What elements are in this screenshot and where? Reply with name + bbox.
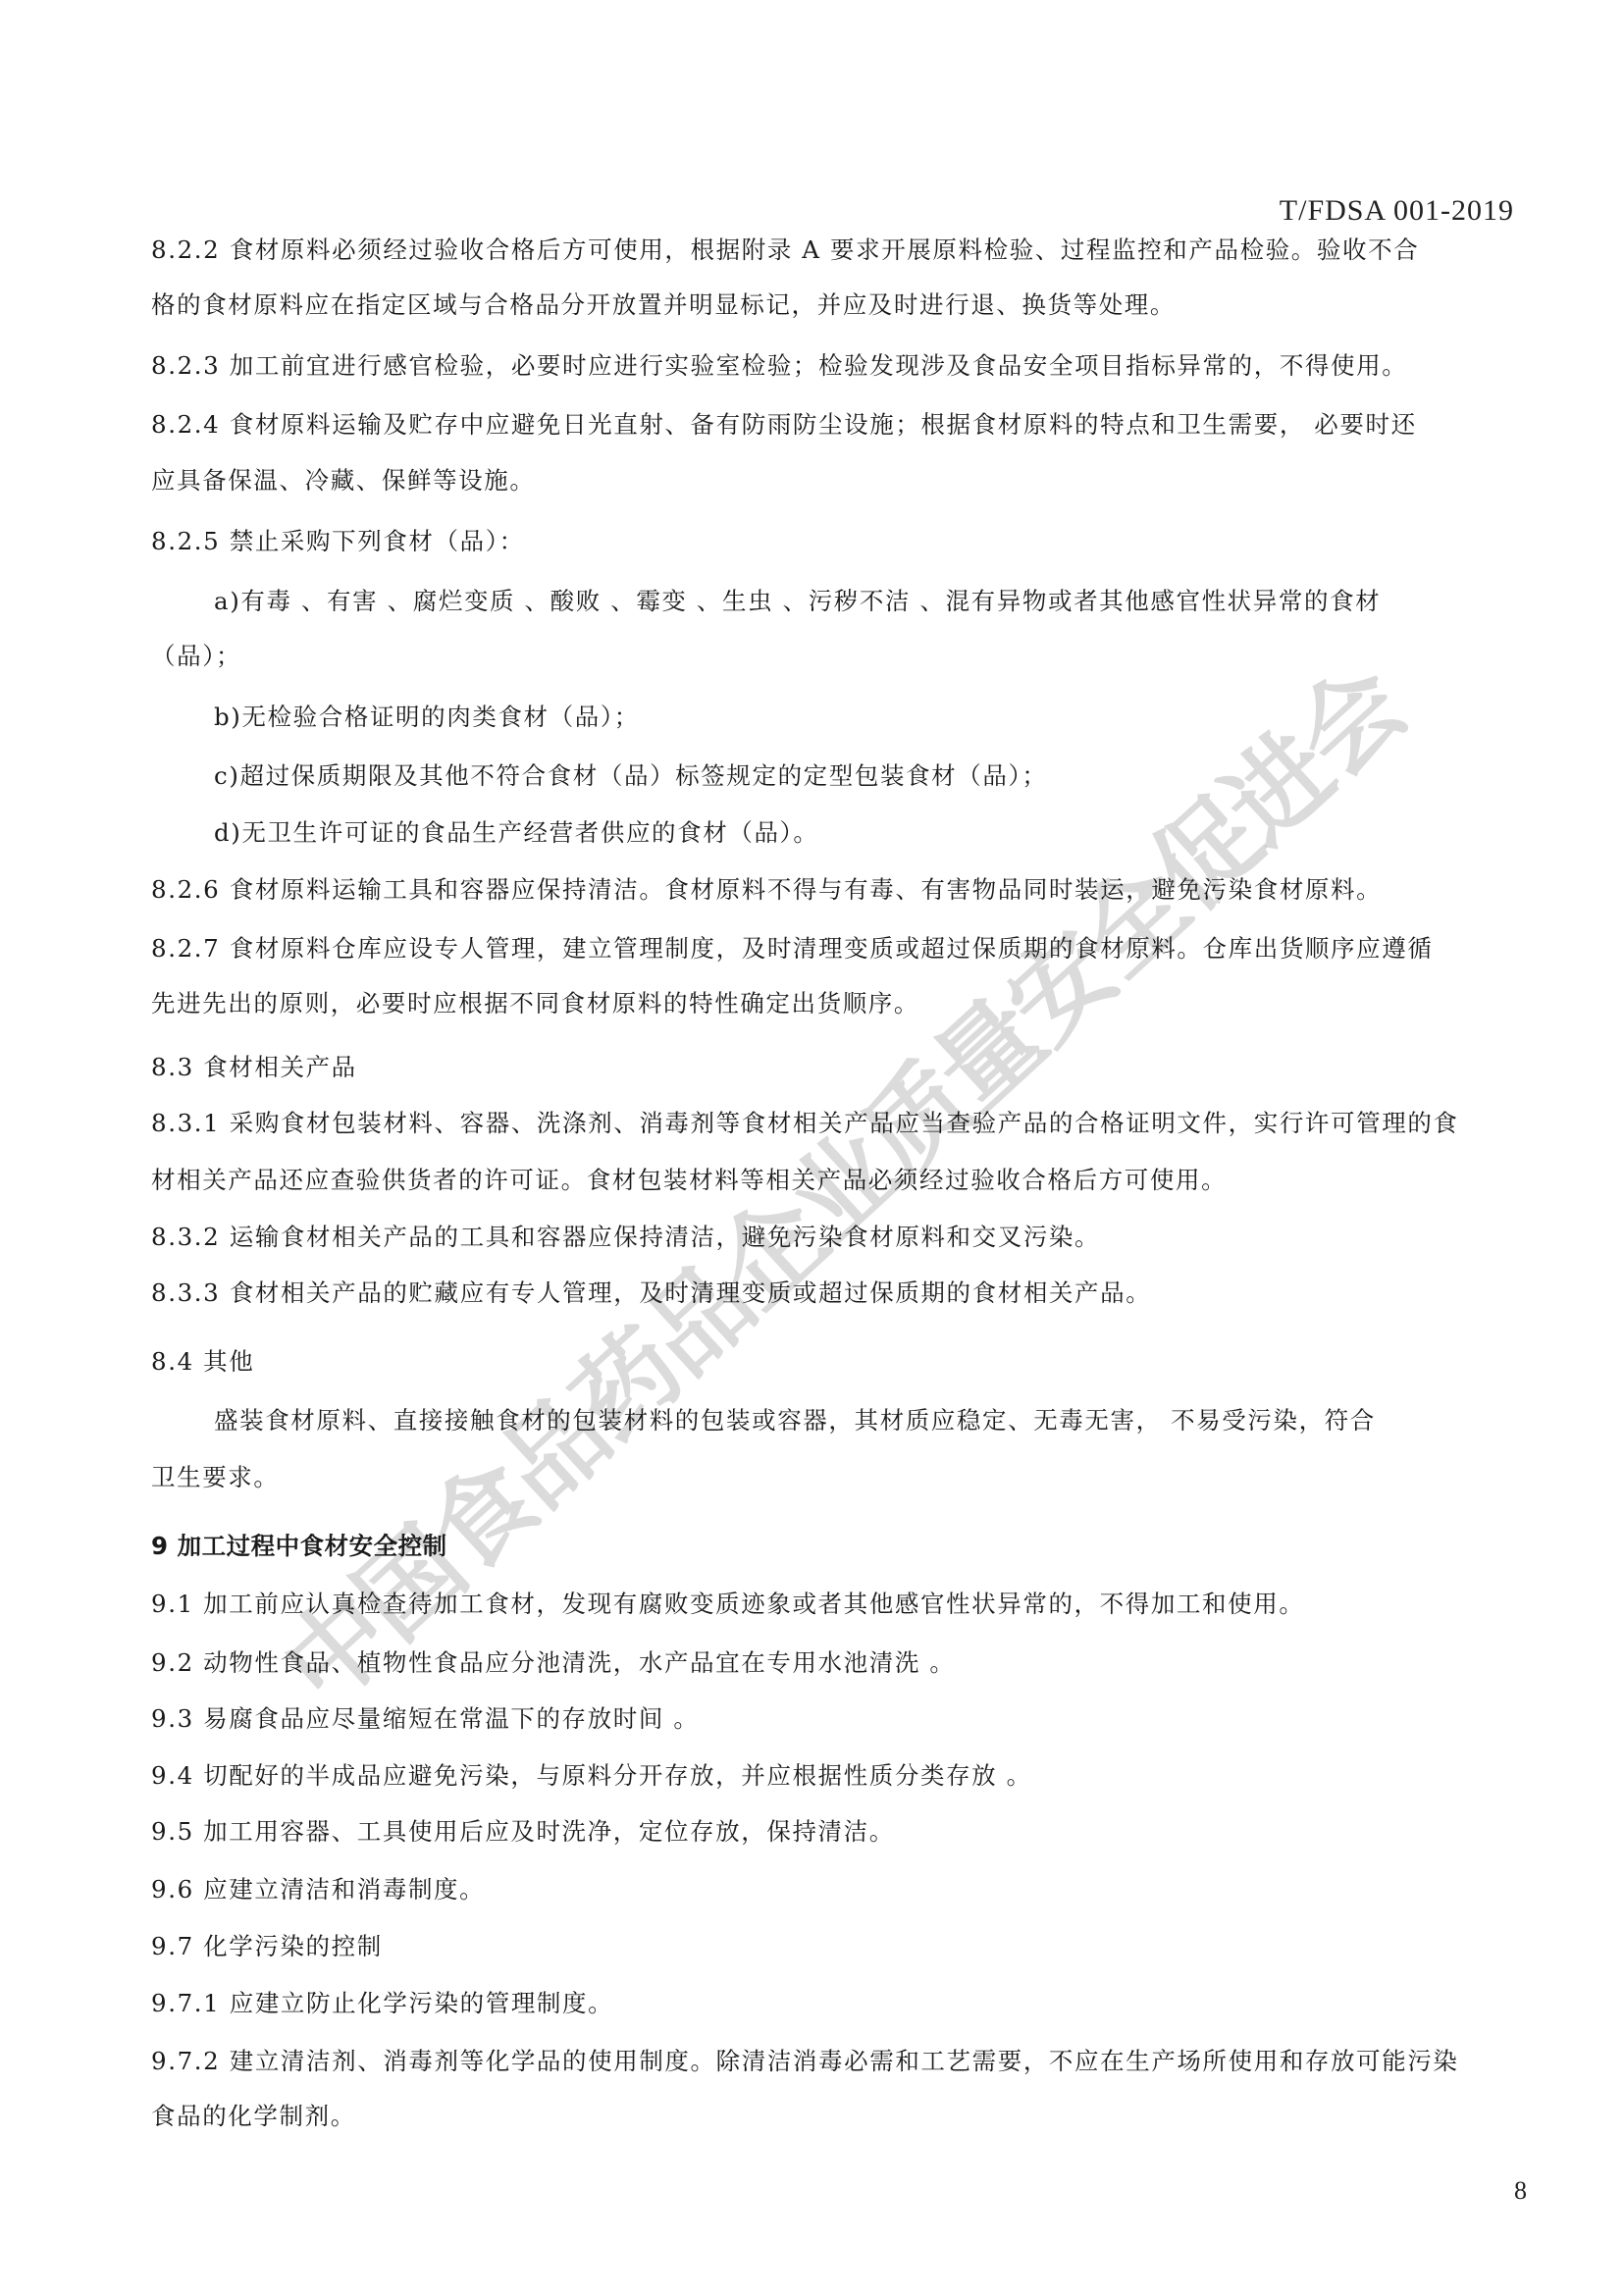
- section-heading-9-7: 9.7 化学污染的控制: [151, 1930, 383, 1963]
- clause-8-3-3: 8.3.3 食材相关产品的贮藏应有专人管理，及时清理变质或超过保质期的食材相关产…: [151, 1277, 1151, 1310]
- clause-8-2-5: 8.2.5 禁止采购下列食材（品）：: [151, 525, 525, 558]
- clause-8-2-2-line-1: 8.2.2 食材原料必须经过验收合格后方可使用，根据附录 A 要求开展原料检验、…: [151, 234, 1419, 267]
- clause-9-5: 9.5 加工用容器、工具使用后应及时洗净，定位存放，保持清洁。: [151, 1815, 895, 1849]
- document-page: 中国食品药品企业质量安全促进会 T/FDSA 001-2019 8.2.2 食材…: [0, 0, 1624, 2295]
- clause-8-3-2: 8.3.2 运输食材相关产品的工具和容器应保持清洁，避免污染食材原料和交叉污染。: [151, 1221, 1100, 1254]
- section-heading-8-4: 8.4 其他: [151, 1345, 254, 1379]
- clause-9-7-2-line-2: 食品的化学制剂。: [151, 2100, 356, 2133]
- clause-9-1: 9.1 加工前应认真检查待加工食材，发现有腐败变质迹象或者其他感官性状异常的，不…: [151, 1588, 1304, 1621]
- clause-8-4-body-line-1: 盛装食材原料、直接接触食材的包装材料的包装或容器，其材质应稳定、无毒无害， 不易…: [214, 1404, 1376, 1437]
- clause-9-6: 9.6 应建立清洁和消毒制度。: [151, 1873, 485, 1906]
- clause-8-4-body-line-2: 卫生要求。: [151, 1461, 280, 1494]
- clause-9-7-2-line-1: 9.7.2 建立清洁剂、消毒剂等化学品的使用制度。除清洁消毒必需和工艺需要，不应…: [151, 2045, 1459, 2078]
- list-item-a-line-2: （品）；: [151, 640, 241, 673]
- clause-9-4: 9.4 切配好的半成品应避免污染，与原料分开存放，并应根据性质分类存放 。: [151, 1759, 1032, 1793]
- clause-8-2-6: 8.2.6 食材原料运输工具和容器应保持清洁。食材原料不得与有毒、有害物品同时装…: [151, 873, 1382, 907]
- chapter-heading-9: 9 加工过程中食材安全控制: [151, 1530, 447, 1563]
- clause-9-7-1: 9.7.1 应建立防止化学污染的管理制度。: [151, 1987, 613, 2020]
- clause-8-2-2-line-2: 格的食材原料应在指定区域与合格品分开放置并明显标记，并应及时进行退、换货等处理。: [151, 288, 1176, 322]
- clause-8-2-4-line-1: 8.2.4 食材原料运输及贮存中应避免日光直射、备有防雨防尘设施；根据食材原料的…: [151, 408, 1417, 442]
- clause-8-2-3: 8.2.3 加工前宜进行感官检验，必要时应进行实验室检验；检验发现涉及食品安全项…: [151, 349, 1407, 383]
- page-number: 8: [1514, 2176, 1527, 2206]
- list-item-d: d)无卫生许可证的食品生产经营者供应的食材（品）。: [214, 816, 819, 850]
- clause-9-2: 9.2 动物性食品、植物性食品应分池清洗，水产品宜在专用水池清洗 。: [151, 1646, 955, 1680]
- clause-8-2-7-line-2: 先进先出的原则，必要时应根据不同食材原料的特性确定出货顺序。: [151, 987, 919, 1020]
- list-item-c: c)超过保质期限及其他不符合食材（品）标签规定的定型包装食材（品）；: [214, 759, 1047, 793]
- document-code: T/FDSA 001-2019: [1280, 194, 1514, 228]
- clause-9-3: 9.3 易腐食品应尽量缩短在常温下的存放时间 。: [151, 1702, 699, 1736]
- section-heading-8-3: 8.3 食材相关产品: [151, 1051, 357, 1084]
- clause-8-3-1-line-2: 材相关产品还应查验供货者的许可证。食材包装材料等相关产品必须经过验收合格后方可使…: [151, 1164, 1227, 1197]
- clause-8-2-7-line-1: 8.2.7 食材原料仓库应设专人管理，建立管理制度，及时清理变质或超过保质期的食…: [151, 932, 1433, 965]
- list-item-a-line-1: a)有毒 、有害 、腐烂变质 、酸败 、霉变 、生虫 、污秽不洁 、混有异物或者…: [214, 585, 1381, 618]
- clause-8-2-4-line-2: 应具备保温、冷藏、保鲜等设施。: [151, 464, 536, 497]
- list-item-b: b)无检验合格证明的肉类食材（品）；: [214, 701, 640, 734]
- clause-8-3-1-line-1: 8.3.1 采购食材包装材料、容器、洗涤剂、消毒剂等食材相关产品应当查验产品的合…: [151, 1107, 1459, 1140]
